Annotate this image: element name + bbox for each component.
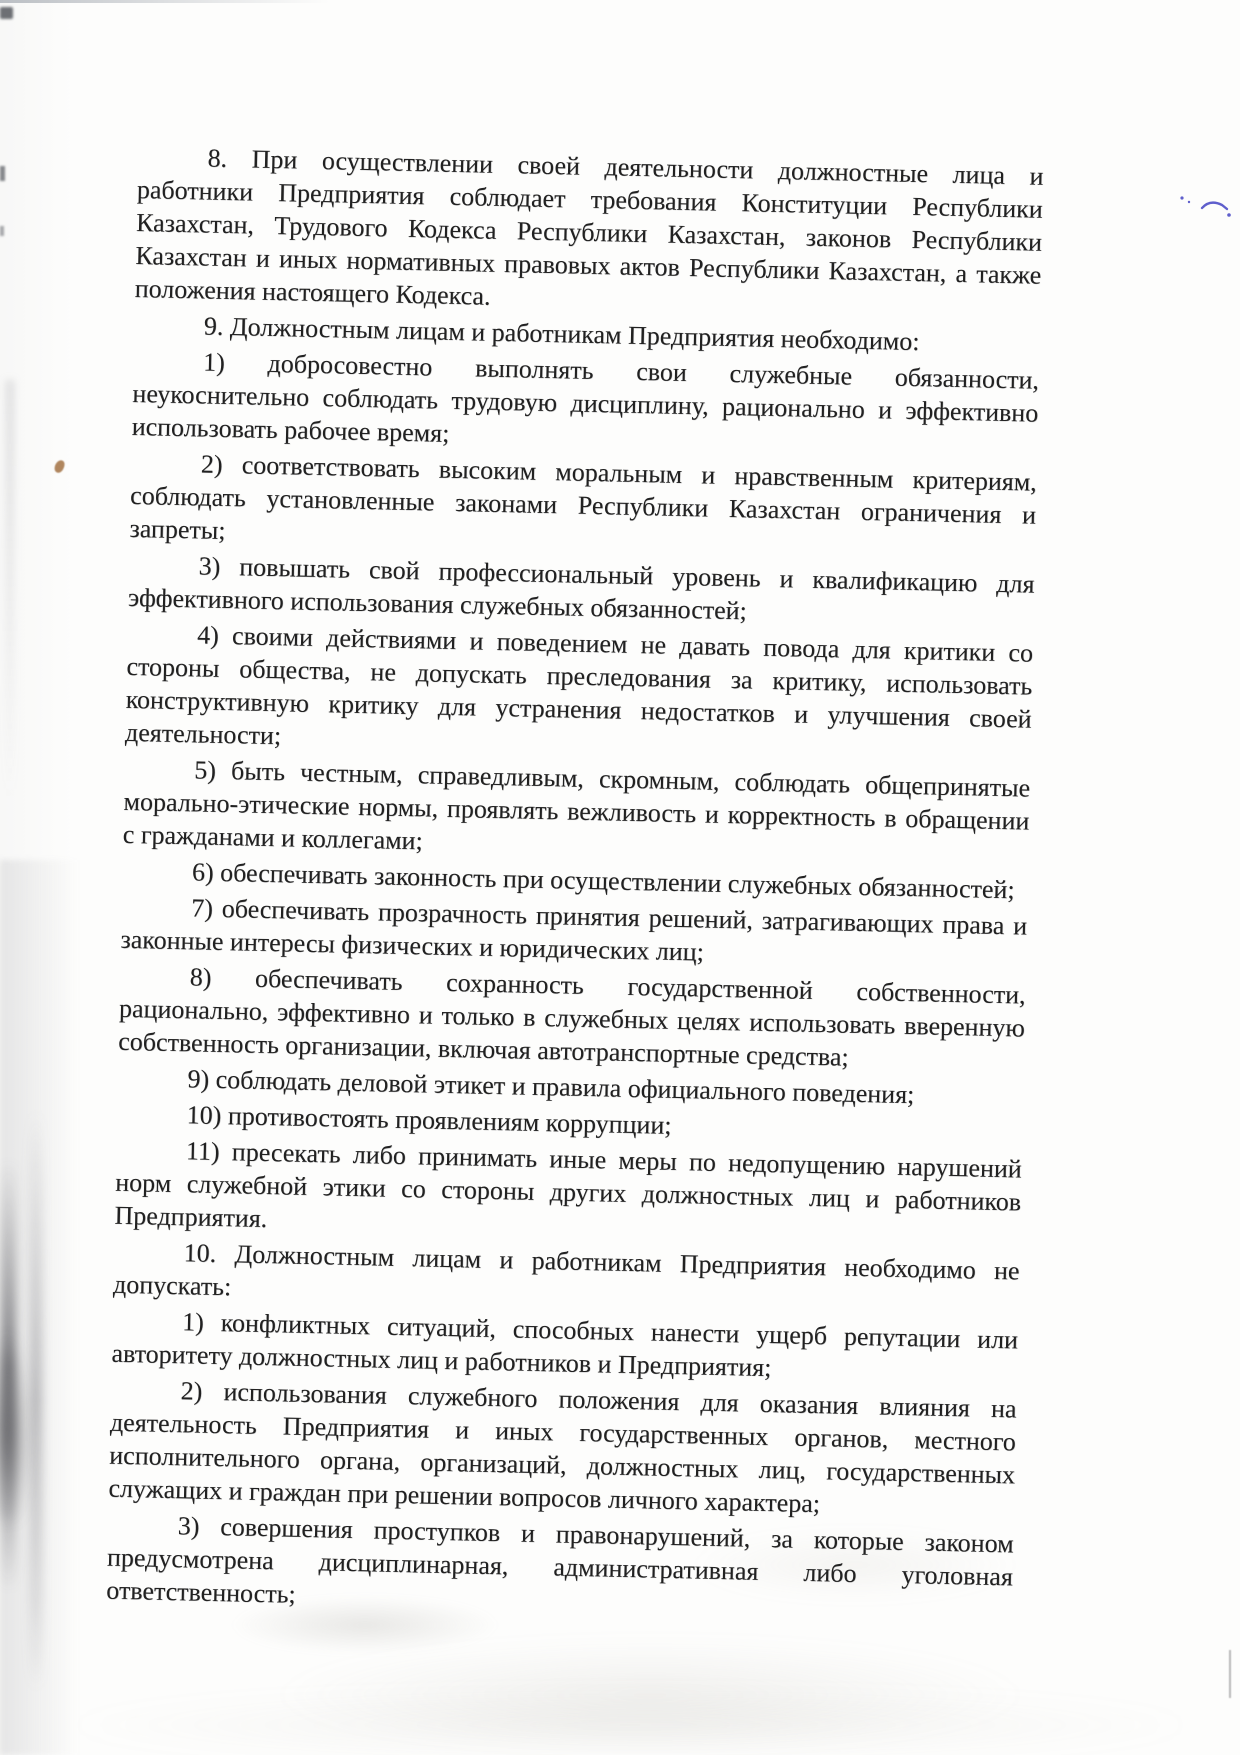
paragraph: 2) соответствовать высоким моральным и н… bbox=[129, 446, 1037, 565]
paragraph: 3) совершения проступков и правонарушени… bbox=[106, 1508, 1014, 1627]
bleed-through-artifact bbox=[280, 1640, 1020, 1750]
paragraph: 11) пресекать либо принимать иные меры п… bbox=[114, 1133, 1022, 1252]
paragraph: 2) использования служебного положения дл… bbox=[108, 1373, 1017, 1525]
paragraph: 5) быть честным, справедливым, скромным,… bbox=[122, 752, 1030, 871]
bleed-through-artifact bbox=[80, 1690, 1180, 1755]
paragraph: 8. При осуществлении своей деятельности … bbox=[134, 140, 1043, 325]
scan-top-edge-artifact bbox=[0, 0, 330, 3]
paragraph: 4) своими действиями и поведением не дав… bbox=[125, 617, 1034, 769]
stain-mark bbox=[53, 459, 66, 474]
scan-edge-tick bbox=[0, 166, 5, 181]
scan-corner-mark bbox=[0, 7, 13, 19]
scan-left-smudge bbox=[0, 860, 120, 1755]
pen-mark bbox=[1172, 188, 1240, 230]
scan-edge-tick bbox=[0, 226, 4, 236]
paragraph: 1) добросовестно выполнять свои служебны… bbox=[131, 344, 1039, 463]
scan-right-edge-artifact bbox=[1229, 1650, 1231, 1698]
scanned-page: 8. При осуществлении своей деятельности … bbox=[0, 0, 1240, 1755]
document-body: 8. При осуществлении своей деятельности … bbox=[106, 140, 1044, 1629]
paragraph: 8) обеспечивать сохранность государствен… bbox=[118, 959, 1026, 1078]
